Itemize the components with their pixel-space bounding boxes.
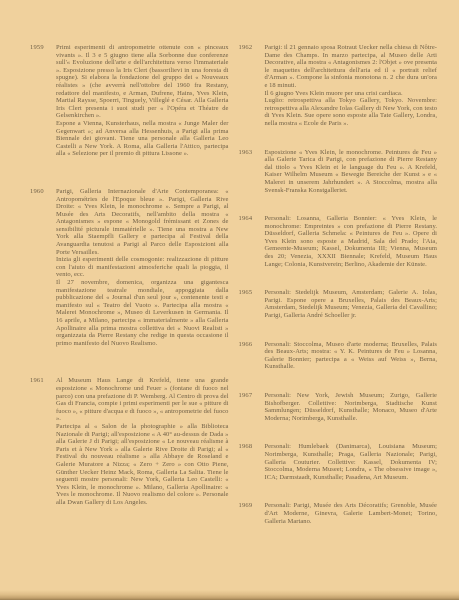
entry-paragraph: Il 6 giugno Yves Klein muore per una cri… bbox=[265, 90, 438, 98]
entry-text: Personali: New York, Jewish Museum; Zuri… bbox=[265, 392, 438, 422]
entry-text: Personali: Humlebaek (Danimarca), Louisi… bbox=[265, 443, 438, 481]
entry-text: Primi esperimenti di antropometrie otten… bbox=[56, 44, 229, 158]
entry-text: Personali: Stoccolma, Museo d'arte moder… bbox=[265, 341, 438, 371]
year-label: 1968 bbox=[239, 443, 259, 481]
chronology-entry-1969: 1969 Personali: Parigi, Musée des Arts D… bbox=[239, 502, 438, 525]
entry-paragraph: Il 27 novembre, domenica, organizza una … bbox=[56, 279, 229, 347]
entry-paragraph: Personali: Humlebaek (Danimarca), Louisi… bbox=[265, 443, 438, 481]
entry-paragraph: Espone a Vienna, Kunsterhaus, nella most… bbox=[56, 120, 229, 158]
chronology-columns: 1959 Primi esperimenti di antropometrie … bbox=[30, 44, 437, 546]
chronology-entry-1967: 1967 Personali: New York, Jewish Museum;… bbox=[239, 392, 438, 422]
entry-paragraph: Partecipa al « Salon de la photographie … bbox=[56, 423, 229, 507]
entry-paragraph: Personali: Stoccolma, Museo d'arte moder… bbox=[265, 341, 438, 371]
chronology-entry-1962: 1962 Parigi: il 21 gennaio sposa Rotraut… bbox=[239, 44, 438, 128]
entry-paragraph: Luglio: retrospettiva alla Tokyo Gallery… bbox=[265, 97, 438, 127]
entry-text: Al Museum Haus Lange di Krefeld, tiene u… bbox=[56, 377, 229, 506]
chronology-entry-1964: 1964 Personali: Losanna, Galleria Bonnie… bbox=[239, 215, 438, 268]
year-label: 1961 bbox=[30, 377, 50, 506]
chronology-entry-1966: 1966 Personali: Stoccolma, Museo d'arte … bbox=[239, 341, 438, 371]
year-label: 1963 bbox=[239, 149, 259, 195]
entry-paragraph: Personali: Parigi, Musée des Arts Décora… bbox=[265, 502, 438, 525]
year-label: 1964 bbox=[239, 215, 259, 268]
entry-text: Personali: Losanna, Galleria Bonnier: « … bbox=[265, 215, 438, 268]
entry-paragraph: Al Museum Haus Lange di Krefeld, tiene u… bbox=[56, 377, 229, 423]
left-column: 1959 Primi esperimenti di antropometrie … bbox=[30, 44, 229, 546]
entry-text: Personali: Stedelijk Museum, Amsterdam; … bbox=[265, 289, 438, 319]
year-label: 1969 bbox=[239, 502, 259, 525]
entry-paragraph: Inizia gli esperimenti delle cosmogonie:… bbox=[56, 256, 229, 279]
entry-paragraph: Personali: Stedelijk Museum, Amsterdam; … bbox=[265, 289, 438, 319]
right-column: 1962 Parigi: il 21 gennaio sposa Rotraut… bbox=[239, 44, 438, 546]
entry-text: Parigi, Galleria Internazionale d'Arte C… bbox=[56, 188, 229, 347]
entry-paragraph: Parigi: il 21 gennaio sposa Rotraut Ueck… bbox=[265, 44, 438, 90]
book-page: 1959 Primi esperimenti di antropometrie … bbox=[0, 0, 459, 600]
year-label: 1966 bbox=[239, 341, 259, 371]
chronology-entry-1963: 1963 Esposizione « Yves Klein, le monoch… bbox=[239, 149, 438, 195]
page-bottom-edge bbox=[0, 590, 459, 600]
chronology-entry-1960: 1960 Parigi, Galleria Internazionale d'A… bbox=[30, 188, 229, 347]
year-label: 1965 bbox=[239, 289, 259, 319]
entry-text: Esposizione « Yves Klein, le monochrome.… bbox=[265, 149, 438, 195]
chronology-entry-1968: 1968 Personali: Humlebaek (Danimarca), L… bbox=[239, 443, 438, 481]
chronology-entry-1961: 1961 Al Museum Haus Lange di Krefeld, ti… bbox=[30, 377, 229, 506]
chronology-entry-1959: 1959 Primi esperimenti di antropometrie … bbox=[30, 44, 229, 158]
year-label: 1960 bbox=[30, 188, 50, 347]
chronology-entry-1965: 1965 Personali: Stedelijk Museum, Amster… bbox=[239, 289, 438, 319]
entry-paragraph: Personali: New York, Jewish Museum; Zuri… bbox=[265, 392, 438, 422]
entry-paragraph: Primi esperimenti di antropometrie otten… bbox=[56, 44, 229, 120]
entry-paragraph: Personali: Losanna, Galleria Bonnier: « … bbox=[265, 215, 438, 268]
entry-text: Personali: Parigi, Musée des Arts Décora… bbox=[265, 502, 438, 525]
year-label: 1967 bbox=[239, 392, 259, 422]
year-label: 1962 bbox=[239, 44, 259, 128]
entry-text: Parigi: il 21 gennaio sposa Rotraut Ueck… bbox=[265, 44, 438, 128]
year-label: 1959 bbox=[30, 44, 50, 158]
entry-paragraph: Esposizione « Yves Klein, le monochrome.… bbox=[265, 149, 438, 195]
entry-paragraph: Parigi, Galleria Internazionale d'Arte C… bbox=[56, 188, 229, 256]
